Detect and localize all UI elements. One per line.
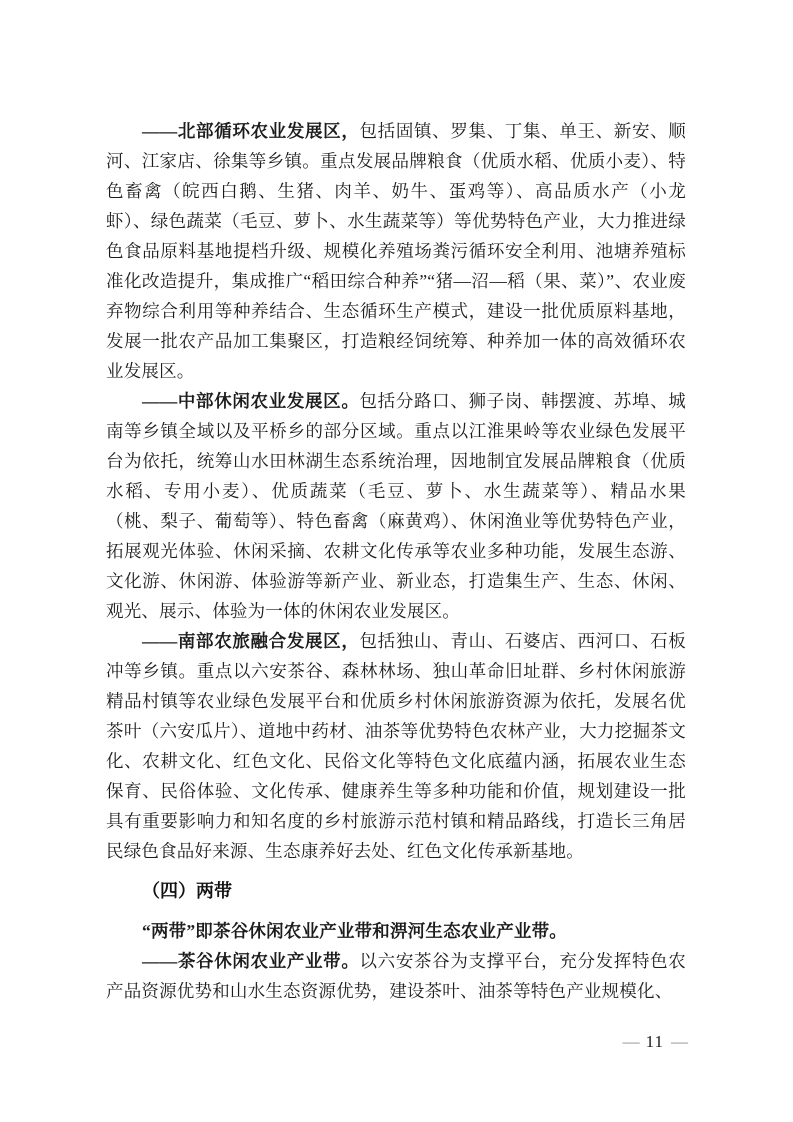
page-number-dash-right: — (671, 1032, 687, 1051)
paragraph-south-agritourism-zone: ——南部农旅融合发展区，包括独山、青山、石婆店、西河口、石板冲等乡镇。重点以六安… (106, 626, 686, 866)
paragraph-tea-valley-belt: ——茶谷休闲农业产业带。以六安茶谷为支撑平台，充分发挥特色农产品资源优势和山水生… (106, 946, 686, 1006)
paragraph-bold-lead: ——北部循环农业发展区， (142, 121, 360, 141)
paragraph-bold-lead: ——南部农旅融合发展区， (142, 631, 360, 651)
section-heading-two-belts: （四）两带 (106, 876, 686, 906)
paragraph-bold-lead: ——中部休闲农业发展区。 (142, 391, 360, 411)
emphasis-paragraph-two-belts-definition: “两带”即茶谷休闲农业产业带和淠河生态农业产业带。 (106, 916, 686, 946)
paragraph-body-text: 包括独山、青山、石婆店、西河口、石板冲等乡镇。重点以六安茶谷、森林林场、独山革命… (106, 631, 686, 861)
page-number-value: 11 (639, 1032, 671, 1051)
document-body: ——北部循环农业发展区，包括固镇、罗集、丁集、单王、新安、顺河、江家店、徐集等乡… (106, 116, 686, 1006)
paragraph-bold-lead: ——茶谷休闲农业产业带。 (142, 951, 360, 971)
page-number-dash-left: — (623, 1032, 639, 1051)
page-number: —11— (623, 1031, 687, 1053)
paragraph-central-leisure-agriculture-zone: ——中部休闲农业发展区。包括分路口、狮子岗、韩摆渡、苏埠、城南等乡镇全域以及平桥… (106, 386, 686, 626)
paragraph-body-text: 包括分路口、狮子岗、韩摆渡、苏埠、城南等乡镇全域以及平桥乡的部分区域。重点以江淮… (106, 391, 686, 621)
paragraph-body-text: 包括固镇、罗集、丁集、单王、新安、顺河、江家店、徐集等乡镇。重点发展品牌粮食（优… (106, 121, 686, 381)
document-page: ——北部循环农业发展区，包括固镇、罗集、丁集、单王、新安、顺河、江家店、徐集等乡… (0, 0, 793, 1122)
paragraph-north-circular-agriculture-zone: ——北部循环农业发展区，包括固镇、罗集、丁集、单王、新安、顺河、江家店、徐集等乡… (106, 116, 686, 386)
